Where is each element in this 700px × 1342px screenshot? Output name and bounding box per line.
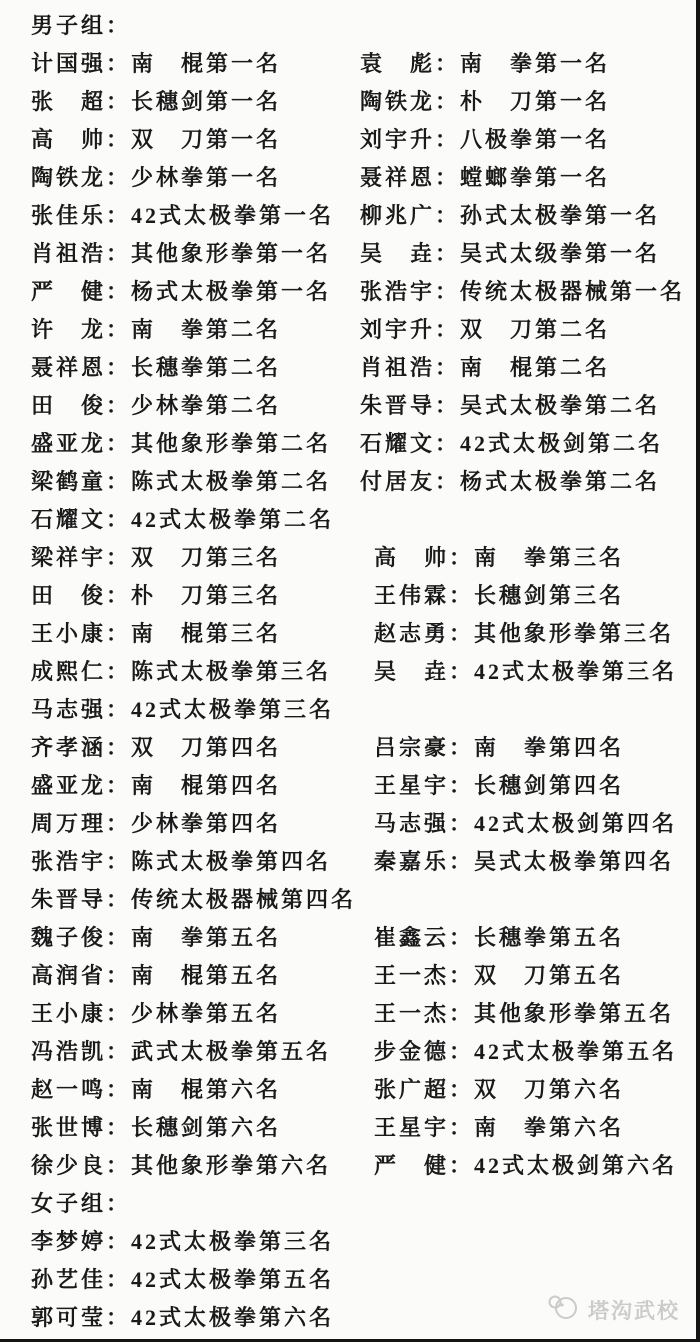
result-entry-right: 秦嘉乐：吴式太极拳第四名 xyxy=(360,845,696,876)
result-entry-left: 赵一鸣：南 棍第六名 xyxy=(31,1073,360,1104)
result-entry-right: 王星宇：长穗剑第四名 xyxy=(360,769,696,800)
result-entry-left: 郭可莹：42式太极拳第六名 xyxy=(31,1301,360,1332)
result-entry-right: 吕宗豪：南 拳第四名 xyxy=(360,731,696,762)
result-entry-left: 高 帅：双 刀第一名 xyxy=(31,123,360,154)
result-entry-right: 刘宇升：八极拳第一名 xyxy=(360,123,696,154)
result-row: 张世博：长穗剑第六名 王星宇：南 拳第六名 xyxy=(0,1107,696,1145)
result-entry-left: 周万理：少林拳第四名 xyxy=(31,807,360,838)
result-entry-left: 盛亚龙：其他象形拳第二名 xyxy=(31,427,360,458)
result-row: 梁祥宇：双 刀第三名 高 帅：南 拳第三名 xyxy=(0,537,696,575)
result-entry-right: 崔鑫云：长穗拳第五名 xyxy=(360,921,696,952)
result-row: 朱晋导：传统太极器械第四名 xyxy=(0,879,696,917)
result-entry-left: 张浩宇：陈式太极拳第四名 xyxy=(31,845,360,876)
result-row: 王小康：南 棍第三名 赵志勇：其他象形拳第三名 xyxy=(0,613,696,651)
result-row: 许 龙：南 拳第二名 刘宇升：双 刀第二名 xyxy=(0,309,696,347)
result-entry-left: 陶铁龙：少林拳第一名 xyxy=(31,161,360,192)
result-entry-left: 朱晋导：传统太极器械第四名 xyxy=(31,883,360,914)
result-entry-right: 王一杰：双 刀第五名 xyxy=(360,959,696,990)
result-entry-right: 付居友：杨式太极拳第二名 xyxy=(360,465,696,496)
result-entry-left: 张世博：长穗剑第六名 xyxy=(31,1111,360,1142)
result-entry-right: 朱晋导：吴式太极拳第二名 xyxy=(360,389,696,420)
result-row: 高润省：南 棍第五名 王一杰：双 刀第五名 xyxy=(0,955,696,993)
result-entry-left: 男子组： xyxy=(31,9,360,40)
result-entry-left: 许 龙：南 拳第二名 xyxy=(31,313,360,344)
result-row: 魏子俊：南 拳第五名 崔鑫云：长穗拳第五名 xyxy=(0,917,696,955)
result-entry-left: 张佳乐：42式太极拳第一名 xyxy=(31,199,360,230)
results-list: 男子组： 计国强：南 棍第一名 袁 彪：南 拳第一名 张 超：长穗剑第一名 陶铁… xyxy=(0,5,696,1335)
result-row: 张佳乐：42式太极拳第一名 柳兆广：孙式太极拳第一名 xyxy=(0,195,696,233)
result-entry-right: 刘宇升：双 刀第二名 xyxy=(360,313,696,344)
result-entry-left: 严 健：杨式太极拳第一名 xyxy=(31,275,360,306)
result-entry-left: 马志强：42式太极拳第三名 xyxy=(31,693,360,724)
result-row: 聂祥恩：长穗拳第二名 肖祖浩：南 棍第二名 xyxy=(0,347,696,385)
result-row: 赵一鸣：南 棍第六名 张广超：双 刀第六名 xyxy=(0,1069,696,1107)
result-entry-left: 徐少良：其他象形拳第六名 xyxy=(31,1149,360,1180)
result-entry-left: 成熙仁：陈式太极拳第三名 xyxy=(31,655,360,686)
result-entry-right: 赵志勇：其他象形拳第三名 xyxy=(360,617,696,648)
watermark-logo-icon xyxy=(545,1293,581,1327)
result-row: 肖祖浩：其他象形拳第一名 吴 垚：吴式太级拳第一名 xyxy=(0,233,696,271)
result-row: 盛亚龙：其他象形拳第二名 石耀文：42式太极剑第二名 xyxy=(0,423,696,461)
result-row: 徐少良：其他象形拳第六名 严 健：42式太极剑第六名 xyxy=(0,1145,696,1183)
result-entry-left: 齐孝涵：双 刀第四名 xyxy=(31,731,360,762)
result-row: 齐孝涵：双 刀第四名 吕宗豪：南 拳第四名 xyxy=(0,727,696,765)
result-entry-right: 石耀文：42式太极剑第二名 xyxy=(360,427,696,458)
result-row: 石耀文：42式太极拳第二名 xyxy=(0,499,696,537)
result-row: 张浩宇：陈式太极拳第四名 秦嘉乐：吴式太极拳第四名 xyxy=(0,841,696,879)
result-entry-left: 石耀文：42式太极拳第二名 xyxy=(31,503,360,534)
result-row: 周万理：少林拳第四名 马志强：42式太极剑第四名 xyxy=(0,803,696,841)
result-row: 冯浩凯：武式太极拳第五名 步金德：42式太极拳第五名 xyxy=(0,1031,696,1069)
result-entry-left: 梁鹤童：陈式太极拳第二名 xyxy=(31,465,360,496)
result-row: 张 超：长穗剑第一名 陶铁龙：朴 刀第一名 xyxy=(0,81,696,119)
result-entry-right: 陶铁龙：朴 刀第一名 xyxy=(360,85,696,116)
result-row: 男子组： xyxy=(0,5,696,43)
result-entry-right: 严 健：42式太极剑第六名 xyxy=(360,1149,696,1180)
result-entry-right: 王伟霖：长穗剑第三名 xyxy=(360,579,696,610)
result-entry-right: 马志强：42式太极剑第四名 xyxy=(360,807,696,838)
result-row: 田 俊：朴 刀第三名 王伟霖：长穗剑第三名 xyxy=(0,575,696,613)
result-entry-right: 步金德：42式太极拳第五名 xyxy=(360,1035,696,1066)
results-document: 男子组： 计国强：南 棍第一名 袁 彪：南 拳第一名 张 超：长穗剑第一名 陶铁… xyxy=(0,0,696,1339)
watermark-label: 塔沟武校 xyxy=(588,1295,680,1325)
result-entry-left: 计国强：南 棍第一名 xyxy=(31,47,360,78)
result-entry-right: 张广超：双 刀第六名 xyxy=(360,1073,696,1104)
result-entry-right: 王星宇：南 拳第六名 xyxy=(360,1111,696,1142)
result-entry-right: 王一杰：其他象形拳第五名 xyxy=(360,997,696,1028)
result-row: 马志强：42式太极拳第三名 xyxy=(0,689,696,727)
result-entry-left: 李梦婷：42式太极拳第三名 xyxy=(31,1225,360,1256)
result-entry-left: 冯浩凯：武式太极拳第五名 xyxy=(31,1035,360,1066)
result-row: 王小康：少林拳第五名 王一杰：其他象形拳第五名 xyxy=(0,993,696,1031)
result-entry-left: 张 超：长穗剑第一名 xyxy=(31,85,360,116)
result-row: 梁鹤童：陈式太极拳第二名 付居友：杨式太极拳第二名 xyxy=(0,461,696,499)
result-row: 田 俊：少林拳第二名 朱晋导：吴式太极拳第二名 xyxy=(0,385,696,423)
result-entry-left: 肖祖浩：其他象形拳第一名 xyxy=(31,237,360,268)
result-entry-left: 田 俊：少林拳第二名 xyxy=(31,389,360,420)
result-entry-left: 盛亚龙：南 棍第四名 xyxy=(31,769,360,800)
result-entry-left: 田 俊：朴 刀第三名 xyxy=(31,579,360,610)
result-row: 李梦婷：42式太极拳第三名 xyxy=(0,1221,696,1259)
result-row: 高 帅：双 刀第一名 刘宇升：八极拳第一名 xyxy=(0,119,696,157)
result-entry-left: 王小康：少林拳第五名 xyxy=(31,997,360,1028)
result-entry-right: 吴 垚：42式太极拳第三名 xyxy=(360,655,696,686)
result-entry-right: 高 帅：南 拳第三名 xyxy=(360,541,696,572)
result-row: 女子组： xyxy=(0,1183,696,1221)
result-entry-left: 魏子俊：南 拳第五名 xyxy=(31,921,360,952)
result-row: 成熙仁：陈式太极拳第三名 吴 垚：42式太极拳第三名 xyxy=(0,651,696,689)
result-row: 计国强：南 棍第一名 袁 彪：南 拳第一名 xyxy=(0,43,696,81)
result-entry-right: 聂祥恩：螳螂拳第一名 xyxy=(360,161,696,192)
result-entry-left: 高润省：南 棍第五名 xyxy=(31,959,360,990)
result-entry-left: 王小康：南 棍第三名 xyxy=(31,617,360,648)
result-row: 孙艺佳：42式太极拳第五名 xyxy=(0,1259,696,1297)
result-entry-left: 女子组： xyxy=(31,1187,360,1218)
result-entry-left: 梁祥宇：双 刀第三名 xyxy=(31,541,360,572)
result-entry-right: 柳兆广：孙式太极拳第一名 xyxy=(360,199,696,230)
result-entry-left: 孙艺佳：42式太极拳第五名 xyxy=(31,1263,360,1294)
result-entry-right: 吴 垚：吴式太级拳第一名 xyxy=(360,237,696,268)
result-row: 严 健：杨式太极拳第一名 张浩宇：传统太极器械第一名 xyxy=(0,271,696,309)
result-entry-right: 肖祖浩：南 棍第二名 xyxy=(360,351,696,382)
result-entry-right: 张浩宇：传统太极器械第一名 xyxy=(360,275,696,306)
result-row: 陶铁龙：少林拳第一名 聂祥恩：螳螂拳第一名 xyxy=(0,157,696,195)
watermark: 塔沟武校 xyxy=(545,1293,680,1327)
result-entry-right: 袁 彪：南 拳第一名 xyxy=(360,47,696,78)
result-entry-left: 聂祥恩：长穗拳第二名 xyxy=(31,351,360,382)
result-row: 盛亚龙：南 棍第四名 王星宇：长穗剑第四名 xyxy=(0,765,696,803)
